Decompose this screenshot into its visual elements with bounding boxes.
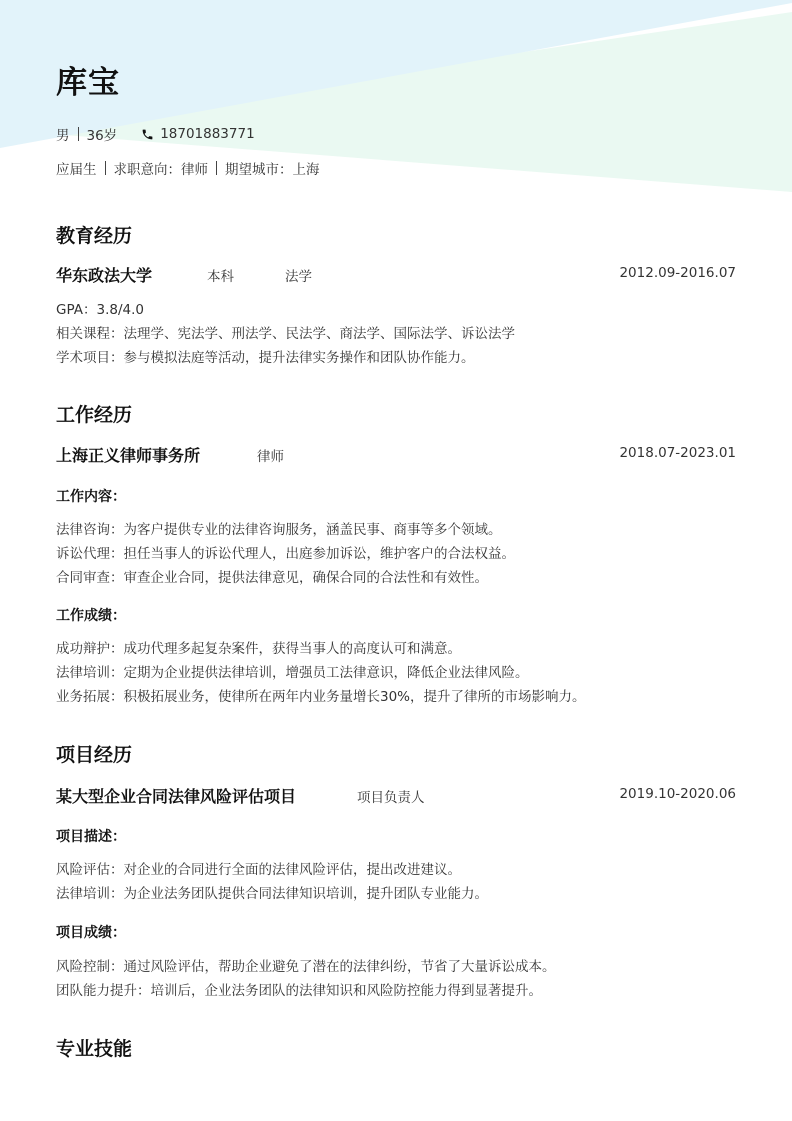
work-achievement-item: 成功辩护：成功代理多起复杂案件，获得当事人的高度认可和满意。 bbox=[56, 637, 586, 661]
project-achievements-list: 风险控制：通过风险评估，帮助企业避免了潜在的法律纠纷，节省了大量诉讼成本。 团队… bbox=[56, 955, 556, 1003]
status: 应届生 bbox=[56, 158, 97, 178]
section-title-project: 项目经历 bbox=[56, 740, 132, 767]
work-achievements-title: 工作成绩： bbox=[56, 605, 126, 625]
project-achievement-item: 团队能力提升：培训后，企业法务团队的法律知识和风险防控能力得到显著提升。 bbox=[56, 979, 556, 1003]
education-entry-header: 华东政法大学 本科 法学 2012.09-2016.07 bbox=[56, 263, 736, 285]
project-entry-header: 某大型企业合同法律风险评估项目 项目负责人 2019.10-2020.06 bbox=[56, 784, 736, 806]
separator bbox=[105, 161, 106, 175]
phone-number: 18701883771 bbox=[160, 126, 254, 142]
gender: 男 bbox=[56, 124, 70, 144]
job-role: 律师 bbox=[257, 445, 284, 465]
section-title-education: 教育经历 bbox=[56, 221, 132, 248]
education-line: 学术项目：参与模拟法庭等活动，提升法律实务操作和团队协作能力。 bbox=[56, 346, 515, 370]
project-role: 项目负责人 bbox=[357, 786, 425, 806]
education-date: 2012.09-2016.07 bbox=[619, 265, 736, 281]
work-achievement-item: 法律培训：定期为企业提供法律培训，增强员工法律意识，降低企业法律风险。 bbox=[56, 661, 586, 685]
phone-icon bbox=[141, 128, 154, 141]
separator bbox=[216, 161, 217, 175]
section-title-skills: 专业技能 bbox=[56, 1034, 132, 1061]
project-desc-title: 项目描述： bbox=[56, 826, 126, 846]
project-desc-list: 风险评估：对企业的合同进行全面的法律风险评估，提出改进建议。 法律培训：为企业法… bbox=[56, 858, 488, 906]
job-info-row: 应届生 求职意向：律师 期望城市：上海 bbox=[56, 158, 320, 178]
expected-city: 期望城市：上海 bbox=[225, 158, 320, 178]
education-line: GPA：3.8/4.0 bbox=[56, 298, 515, 322]
degree: 本科 bbox=[207, 265, 234, 285]
major: 法学 bbox=[285, 265, 312, 285]
work-content-item: 合同审查：审查企业合同，提供法律意见，确保合同的合法性和有效性。 bbox=[56, 566, 515, 590]
section-title-work: 工作经历 bbox=[56, 400, 132, 427]
work-achievement-item: 业务拓展：积极拓展业务，使律所在两年内业务量增长30%，提升了律所的市场影响力。 bbox=[56, 685, 586, 709]
work-achievements-list: 成功辩护：成功代理多起复杂案件，获得当事人的高度认可和满意。 法律培训：定期为企… bbox=[56, 637, 586, 709]
work-entry-header: 上海正义律师事务所 律师 2018.07-2023.01 bbox=[56, 443, 736, 465]
work-content-item: 诉讼代理：担任当事人的诉讼代理人，出庭参加诉讼，维护客户的合法权益。 bbox=[56, 542, 515, 566]
basic-info-row: 男 36岁 18701883771 bbox=[56, 124, 255, 144]
project-name: 某大型企业合同法律风险评估项目 bbox=[56, 784, 296, 807]
company-name: 上海正义律师事务所 bbox=[56, 443, 200, 466]
candidate-name: 库宝 bbox=[56, 57, 120, 102]
education-line: 相关课程：法理学、宪法学、刑法学、民法学、商法学、国际法学、诉讼法学 bbox=[56, 322, 515, 346]
project-achievements-title: 项目成绩： bbox=[56, 922, 126, 942]
job-intent: 求职意向：律师 bbox=[114, 158, 209, 178]
work-content-title: 工作内容： bbox=[56, 486, 126, 506]
work-content-item: 法律咨询：为客户提供专业的法律咨询服务，涵盖民事、商事等多个领域。 bbox=[56, 518, 515, 542]
project-date: 2019.10-2020.06 bbox=[619, 786, 736, 802]
work-content-list: 法律咨询：为客户提供专业的法律咨询服务，涵盖民事、商事等多个领域。 诉讼代理：担… bbox=[56, 518, 515, 590]
age: 36岁 bbox=[87, 124, 118, 144]
project-achievement-item: 风险控制：通过风险评估，帮助企业避免了潜在的法律纠纷，节省了大量诉讼成本。 bbox=[56, 955, 556, 979]
phone-contact: 18701883771 bbox=[141, 126, 254, 142]
resume-page: 库宝 男 36岁 18701883771 应届生 求职意向：律师 期望城市：上海… bbox=[0, 0, 792, 1121]
project-desc-item: 法律培训：为企业法务团队提供合同法律知识培训，提升团队专业能力。 bbox=[56, 882, 488, 906]
education-details: GPA：3.8/4.0 相关课程：法理学、宪法学、刑法学、民法学、商法学、国际法… bbox=[56, 298, 515, 370]
project-desc-item: 风险评估：对企业的合同进行全面的法律风险评估，提出改进建议。 bbox=[56, 858, 488, 882]
school-name: 华东政法大学 bbox=[56, 263, 152, 286]
separator bbox=[78, 127, 79, 141]
work-date: 2018.07-2023.01 bbox=[619, 445, 736, 461]
